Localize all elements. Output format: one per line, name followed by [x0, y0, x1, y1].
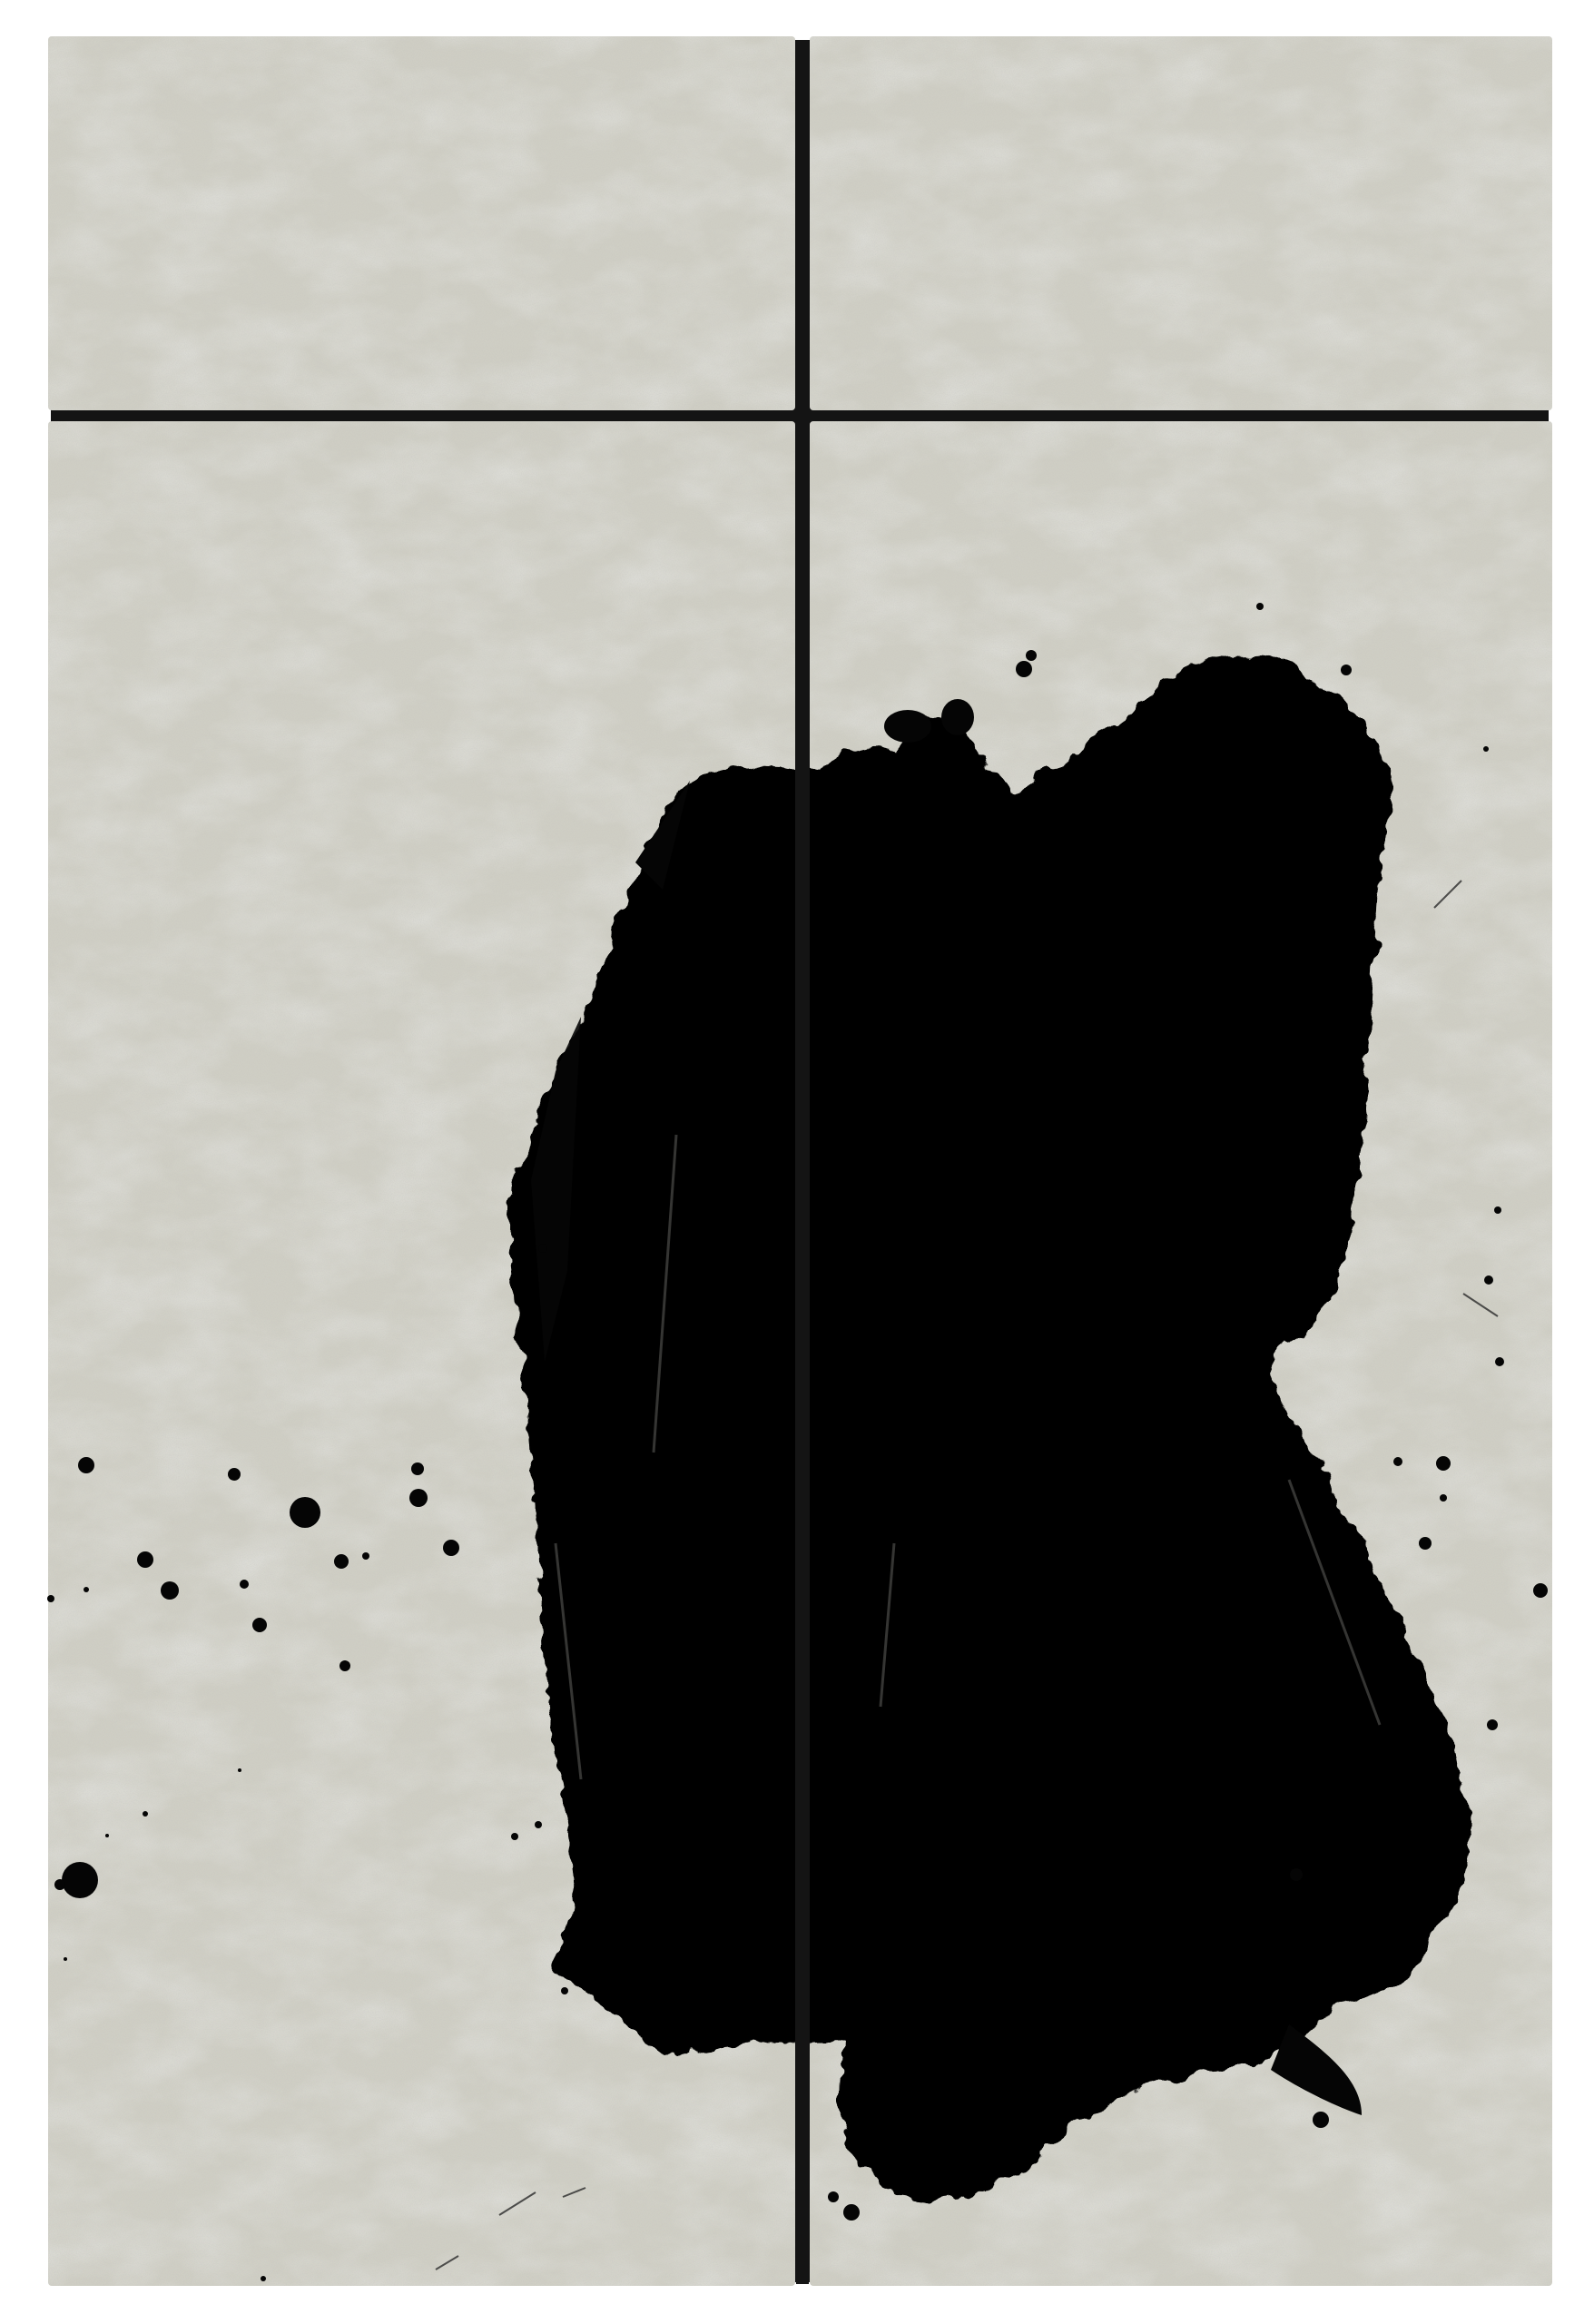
vertical-groove-bottom — [796, 2043, 809, 2284]
ink-painting-artwork — [0, 0, 1594, 2324]
horizontal-groove — [51, 410, 1549, 421]
